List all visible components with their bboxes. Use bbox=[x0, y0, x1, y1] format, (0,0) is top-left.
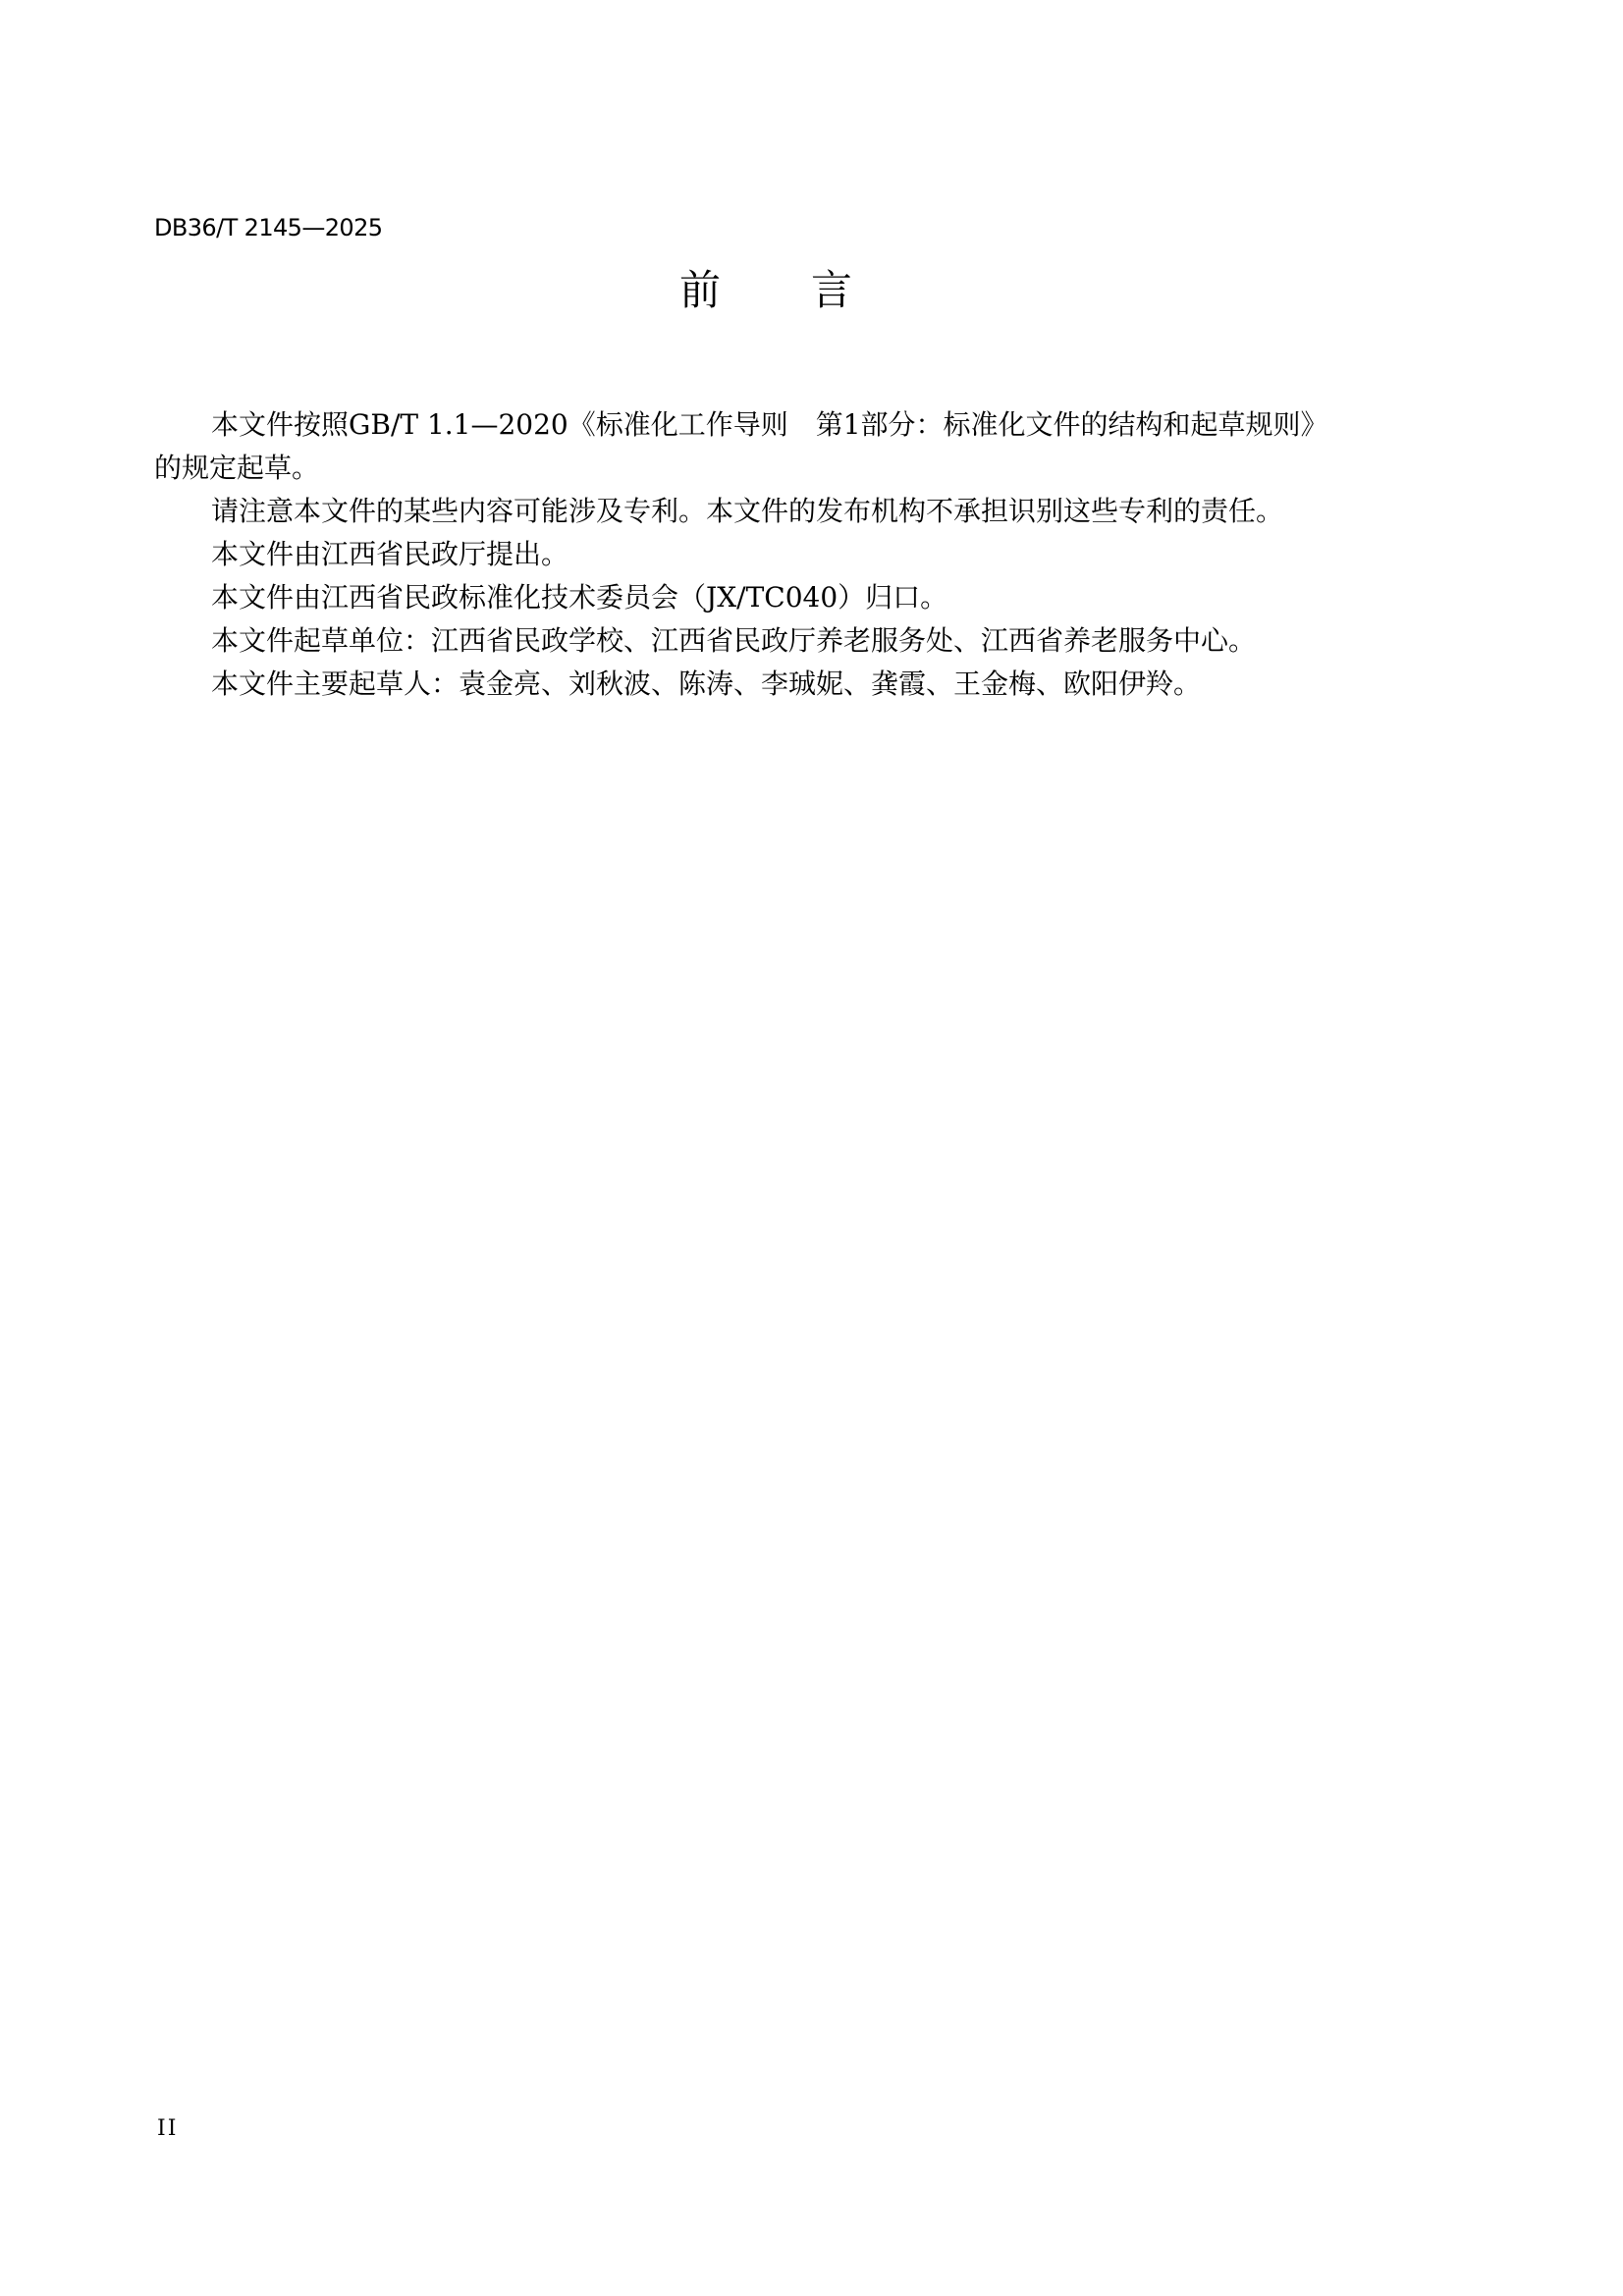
paragraph-drafting-rules: 本文件按照GB/T 1.1—2020《标准化工作导则 第1部分：标准化文件的结构… bbox=[154, 403, 1332, 447]
paragraph-technical-committee: 本文件由江西省民政标准化技术委员会（JX/TC040）归口。 bbox=[154, 576, 1332, 619]
standard-code-header: DB36/T 2145—2025 bbox=[154, 212, 382, 243]
paragraph-drafters: 本文件主要起草人：袁金亮、刘秋波、陈涛、李珹妮、龚霞、王金梅、欧阳伊羚。 bbox=[154, 663, 1332, 706]
title-char-2: 言 bbox=[811, 263, 852, 318]
paragraph-drafting-rules-continued: 的规定起草。 bbox=[154, 447, 1332, 490]
paragraph-proposer: 本文件由江西省民政厅提出。 bbox=[154, 533, 1332, 576]
foreword-body: 本文件按照GB/T 1.1—2020《标准化工作导则 第1部分：标准化文件的结构… bbox=[154, 403, 1332, 706]
paragraph-patent-notice: 请注意本文件的某些内容可能涉及专利。本文件的发布机构不承担识别这些专利的责任。 bbox=[154, 490, 1332, 533]
paragraph-drafting-units: 本文件起草单位：江西省民政学校、江西省民政厅养老服务处、江西省养老服务中心。 bbox=[154, 619, 1332, 663]
title-char-1: 前 bbox=[679, 263, 721, 318]
page-title: 前言 bbox=[0, 263, 1532, 318]
page-number: II bbox=[157, 2116, 178, 2142]
